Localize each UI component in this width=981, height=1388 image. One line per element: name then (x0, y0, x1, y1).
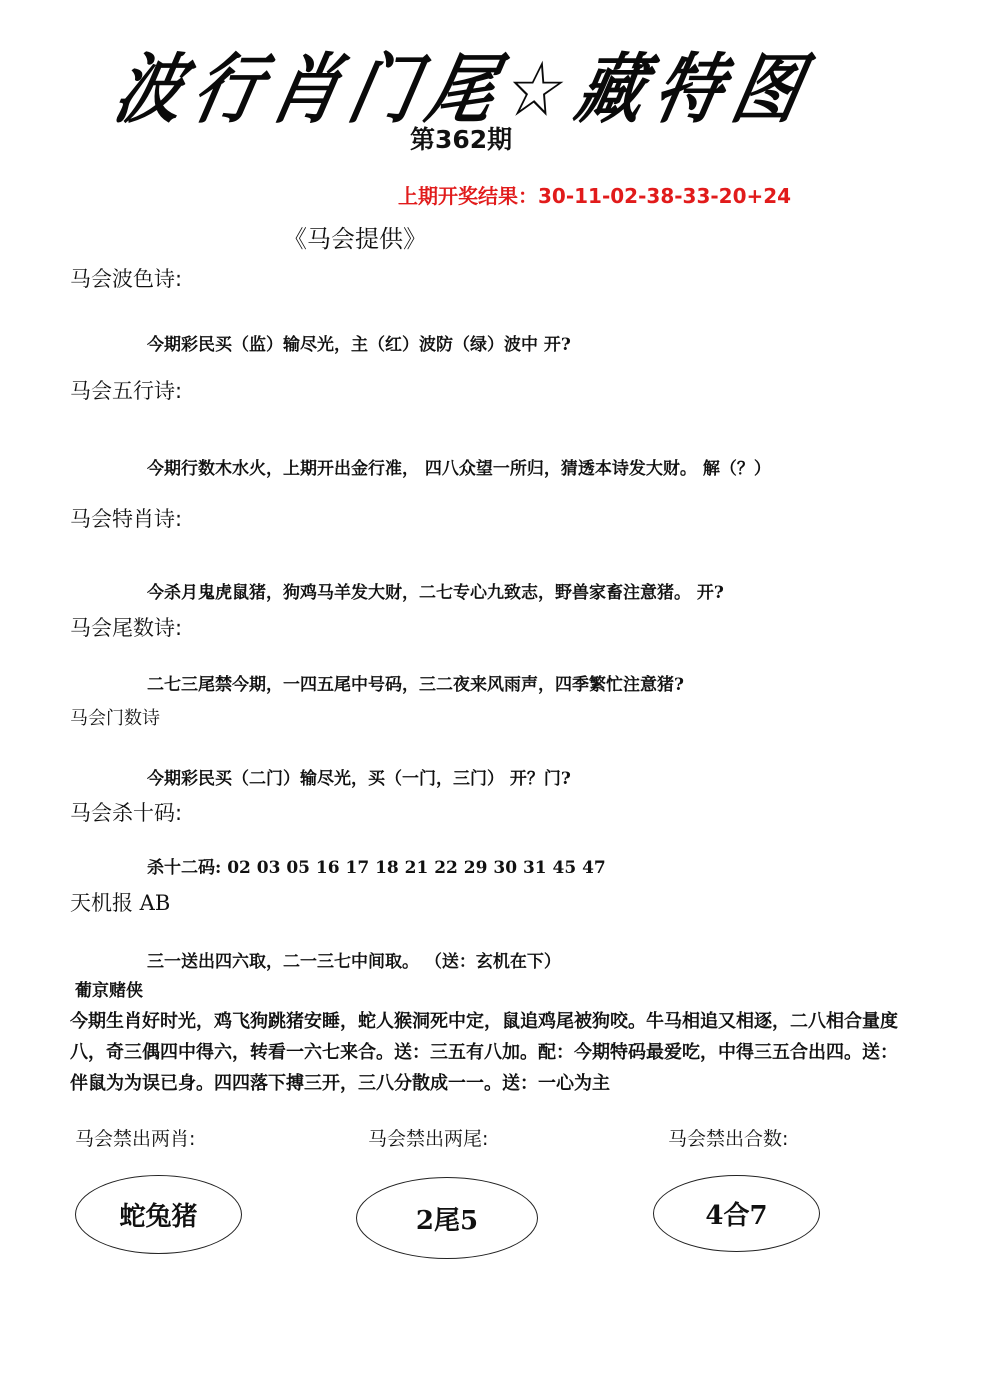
gambler-text: 今期生肖好时光，鸡飞狗跳猪安睡，蛇人猴洞死中定，鼠追鸡尾被狗咬。牛马相追又相逐，… (70, 1006, 900, 1099)
ban-value-zodiac: 蛇兔猪 (119, 1196, 197, 1233)
issue-number: 第362期 (410, 120, 512, 156)
ban-label-sum: 马会禁出合数: (668, 1124, 788, 1151)
section-heading-door-number: 马会门数诗 (70, 704, 160, 730)
section-heading-five-elements: 马会五行诗: (70, 375, 182, 405)
section-heading-tail-number: 马会尾数诗: (70, 612, 182, 642)
ban-value-tail: 2尾5 (416, 1200, 478, 1237)
section-verse-door-number: 今期彩民买（二门）输尽光，买（一门，三门） 开？门? (147, 764, 571, 789)
ban-oval-tail: 2尾5 (356, 1177, 538, 1259)
section-heading-wave-color: 马会波色诗: (70, 263, 182, 293)
ban-oval-zodiac: 蛇兔猪 (75, 1175, 242, 1254)
section-verse-kill-ten: 杀十二码: 02 03 05 16 17 18 21 22 29 30 31 4… (147, 853, 606, 878)
section-heading-oracle: 天机报 AB (70, 887, 170, 917)
section-heading-kill-ten: 马会杀十码: (70, 797, 182, 827)
last-result: 上期开奖结果：30-11-02-38-33-20+24 (398, 180, 791, 209)
section-verse-five-elements: 今期行数木水火，上期开出金行准， 四八众望一所归，猜透本诗发大财。 解（？） (147, 454, 771, 479)
last-result-numbers: 30-11-02-38-33-20+24 (538, 184, 791, 208)
section-verse-zodiac: 今杀月鬼虎鼠猪，狗鸡马羊发大财，二七专心九致志，野兽家畜注意猪。 开? (147, 578, 724, 603)
ban-label-tail: 马会禁出两尾: (368, 1124, 488, 1151)
section-verse-oracle: 三一送出四六取，二一三七中间取。 （送：玄机在下） (147, 947, 561, 972)
gambler-heading: 葡京赌侠 (75, 976, 143, 1001)
section-heading-zodiac: 马会特肖诗: (70, 503, 182, 533)
section-verse-wave-color: 今期彩民买（监）输尽光，主（红）波防（绿）波中 开? (147, 330, 571, 355)
last-result-label: 上期开奖结果： (398, 184, 538, 208)
section-verse-tail-number: 二七三尾禁今期，一四五尾中号码，三二夜来风雨声，四季繁忙注意猪? (147, 670, 684, 695)
ban-label-zodiac: 马会禁出两肖: (75, 1124, 195, 1151)
ban-oval-sum: 4合7 (653, 1175, 820, 1252)
provider-label: 《马会提供》 (283, 219, 427, 254)
ban-value-sum: 4合7 (705, 1195, 767, 1232)
